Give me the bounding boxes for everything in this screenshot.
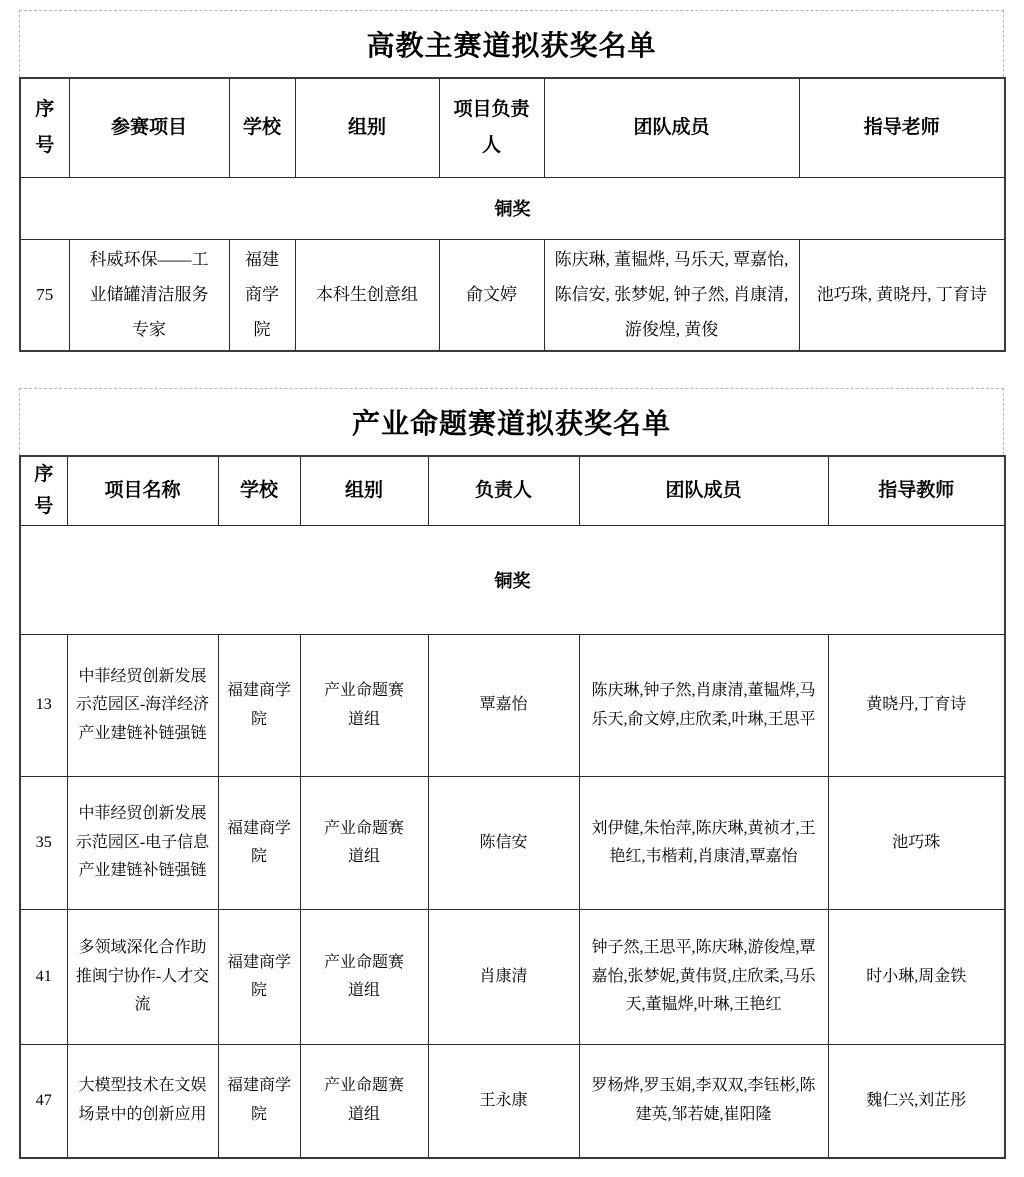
header-cell-project: 项目名称 [67, 456, 218, 526]
document-page: 高教主赛道拟获奖名单 序号 参赛项目 学校 组别 项目负责人 团队成员 指导老师… [0, 0, 1024, 1177]
cell-group: 本科生创意组 [295, 239, 439, 351]
header-cell-group: 组别 [300, 456, 428, 526]
cell-school: 福建商学院 [218, 1045, 300, 1158]
cell-no: 47 [20, 1045, 67, 1158]
header-cell-team: 团队成员 [544, 78, 799, 177]
header-cell-advisor: 指导老师 [799, 78, 1005, 177]
cell-leader: 覃嘉怡 [428, 635, 579, 777]
award-label: 铜奖 [20, 526, 1005, 635]
cell-no: 35 [20, 777, 67, 910]
table-header-row: 序号 项目名称 学校 组别 负责人 团队成员 指导教师 [20, 456, 1005, 526]
section2-title-box: 产业命题赛道拟获奖名单 [19, 388, 1004, 455]
cell-advisor: 时小琳,周金铁 [828, 910, 1005, 1045]
table-main-track: 序号 参赛项目 学校 组别 项目负责人 团队成员 指导老师 铜奖 75 科威环保… [19, 77, 1006, 352]
table-row: 41 多领域深化合作助推闽宁协作-人才交流 福建商学院 产业命题赛道组 肖康清 … [20, 910, 1005, 1045]
cell-advisor: 池巧珠 [828, 777, 1005, 910]
cell-team: 陈庆琳, 董韫烨, 马乐天, 覃嘉怡, 陈信安, 张梦妮, 钟子然, 肖康清, … [544, 239, 799, 351]
cell-group: 产业命题赛道组 [300, 777, 428, 910]
cell-leader: 陈信安 [428, 777, 579, 910]
table-row: 75 科威环保——工业储罐清洁服务专家 福建商学院 本科生创意组 俞文婷 陈庆琳… [20, 239, 1005, 351]
cell-no: 13 [20, 635, 67, 777]
cell-advisor: 池巧珠, 黄晓丹, 丁育诗 [799, 239, 1005, 351]
table-industry-track: 序号 项目名称 学校 组别 负责人 团队成员 指导教师 铜奖 13 中菲经贸创新… [19, 455, 1006, 1159]
cell-group: 产业命题赛道组 [300, 910, 428, 1045]
cell-school: 福建商学院 [229, 239, 295, 351]
document-sheet: 高教主赛道拟获奖名单 序号 参赛项目 学校 组别 项目负责人 团队成员 指导老师… [19, 10, 1004, 1159]
cell-no: 41 [20, 910, 67, 1045]
award-label: 铜奖 [20, 177, 1005, 239]
table-row: 13 中菲经贸创新发展示范园区-海洋经济产业建链补链强链 福建商学院 产业命题赛… [20, 635, 1005, 777]
header-cell-no: 序号 [20, 456, 67, 526]
header-cell-project: 参赛项目 [69, 78, 229, 177]
cell-leader: 肖康清 [428, 910, 579, 1045]
section2-title: 产业命题赛道拟获奖名单 [352, 402, 671, 442]
cell-team: 陈庆琳,钟子然,肖康清,董韫烨,马乐天,俞文婷,庄欣柔,叶琳,王思平 [579, 635, 828, 777]
cell-school: 福建商学院 [218, 777, 300, 910]
cell-team: 钟子然,王思平,陈庆琳,游俊煌,覃嘉怡,张梦妮,黄伟贤,庄欣柔,马乐天,董韫烨,… [579, 910, 828, 1045]
cell-project: 中菲经贸创新发展示范园区-电子信息产业建链补链强链 [67, 777, 218, 910]
header-cell-leader: 项目负责人 [439, 78, 544, 177]
cell-group: 产业命题赛道组 [300, 1045, 428, 1158]
cell-project: 科威环保——工业储罐清洁服务专家 [69, 239, 229, 351]
header-cell-group: 组别 [295, 78, 439, 177]
section1-title: 高教主赛道拟获奖名单 [366, 24, 656, 64]
table-row: 35 中菲经贸创新发展示范园区-电子信息产业建链补链强链 福建商学院 产业命题赛… [20, 777, 1005, 910]
cell-advisor: 黄晓丹,丁育诗 [828, 635, 1005, 777]
header-cell-school: 学校 [229, 78, 295, 177]
cell-leader: 俞文婷 [439, 239, 544, 351]
section-gap [19, 352, 1004, 388]
table-header-row: 序号 参赛项目 学校 组别 项目负责人 团队成员 指导老师 [20, 78, 1005, 177]
section1-title-box: 高教主赛道拟获奖名单 [19, 10, 1004, 77]
header-cell-advisor: 指导教师 [828, 456, 1005, 526]
cell-group: 产业命题赛道组 [300, 635, 428, 777]
cell-leader: 王永康 [428, 1045, 579, 1158]
award-section-row: 铜奖 [20, 177, 1005, 239]
cell-project: 中菲经贸创新发展示范园区-海洋经济产业建链补链强链 [67, 635, 218, 777]
award-section-row: 铜奖 [20, 526, 1005, 635]
header-cell-leader: 负责人 [428, 456, 579, 526]
cell-school: 福建商学院 [218, 635, 300, 777]
table-row: 47 大模型技术在文娱场景中的创新应用 福建商学院 产业命题赛道组 王永康 罗杨… [20, 1045, 1005, 1158]
header-cell-no: 序号 [20, 78, 69, 177]
cell-team: 刘伊健,朱怡萍,陈庆琳,黄祯才,王艳红,韦楷莉,肖康清,覃嘉怡 [579, 777, 828, 910]
cell-team: 罗杨烨,罗玉娟,李双双,李钰彬,陈建英,邹若婕,崔阳隆 [579, 1045, 828, 1158]
cell-no: 75 [20, 239, 69, 351]
cell-school: 福建商学院 [218, 910, 300, 1045]
cell-project: 多领域深化合作助推闽宁协作-人才交流 [67, 910, 218, 1045]
header-cell-team: 团队成员 [579, 456, 828, 526]
cell-project: 大模型技术在文娱场景中的创新应用 [67, 1045, 218, 1158]
header-cell-school: 学校 [218, 456, 300, 526]
cell-advisor: 魏仁兴,刘芷彤 [828, 1045, 1005, 1158]
